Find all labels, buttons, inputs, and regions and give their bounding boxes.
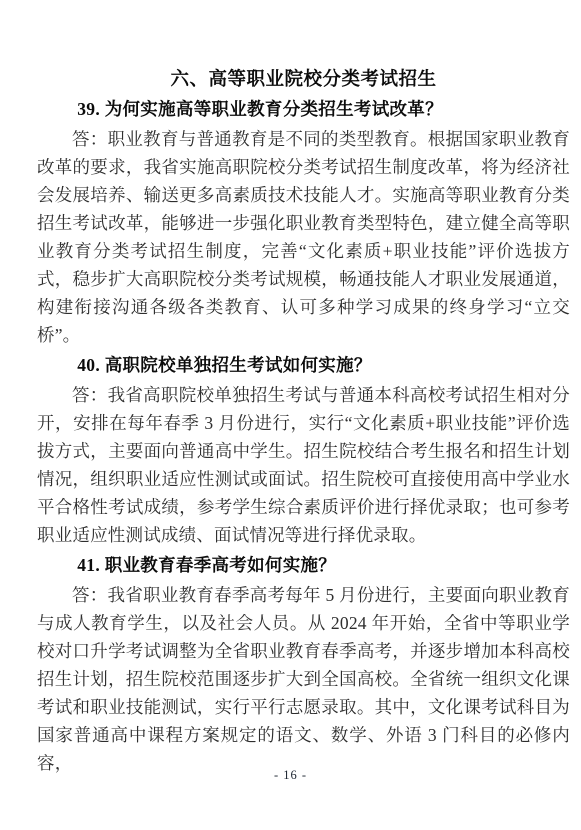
page-number: - 16 - bbox=[0, 768, 581, 783]
qa-block-39: 39. 为何实施高等职业教育分类招生考试改革？ 答：职业教育与普通教育是不同的类… bbox=[37, 98, 570, 349]
section-title: 六、高等职业院校分类考试招生 bbox=[37, 68, 570, 93]
qa-block-40: 40. 高职院校单独招生考试如何实施？ 答：我省高职院校单独招生考试与普通本科高… bbox=[37, 354, 570, 549]
answer-39-paragraph: 答：职业教育与普通教育是不同的类型教育。根据国家职业教育改革的要求，我省实施高职… bbox=[37, 125, 570, 349]
page-content: 六、高等职业院校分类考试招生 39. 为何实施高等职业教育分类招生考试改革？ 答… bbox=[37, 68, 570, 777]
qa-block-41: 41. 职业教育春季高考如何实施？ 答：我省职业教育春季高考每年 5 月份进行，… bbox=[37, 554, 570, 777]
question-39-heading: 39. 为何实施高等职业教育分类招生考试改革？ bbox=[37, 98, 570, 120]
answer-40-paragraph: 答：我省高职院校单独招生考试与普通本科高校考试招生相对分开，安排在每年春季 3 … bbox=[37, 381, 570, 549]
document-page: 六、高等职业院校分类考试招生 39. 为何实施高等职业教育分类招生考试改革？ 答… bbox=[0, 0, 581, 830]
question-40-heading: 40. 高职院校单独招生考试如何实施？ bbox=[37, 354, 570, 376]
question-41-heading: 41. 职业教育春季高考如何实施？ bbox=[37, 554, 570, 576]
answer-41-paragraph: 答：我省职业教育春季高考每年 5 月份进行，主要面向职业教育与成人教育学生，以及… bbox=[37, 581, 570, 777]
